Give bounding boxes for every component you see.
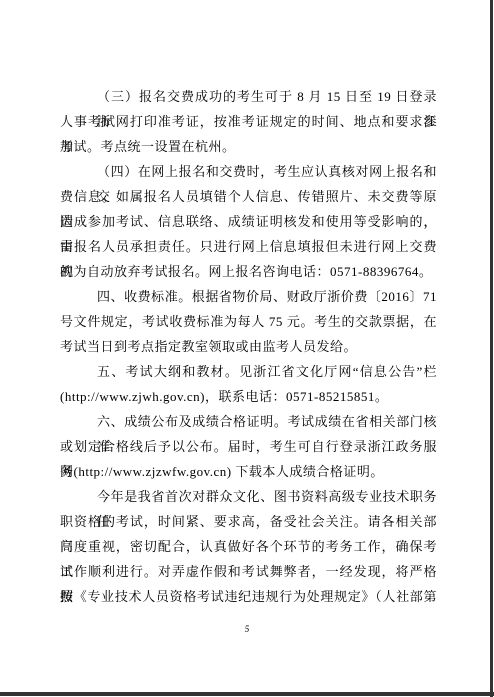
- page-edge-shadow-right: [490, 0, 493, 697]
- document-body: （三）报名交费成功的考生可于 8 月 15 日至 19 日登录浙江人事考试网打印…: [60, 84, 437, 609]
- paragraph: （四）在网上报名和交费时，考生应认真核对网上报名和交费信息。如属报名人员填错个人…: [60, 159, 437, 284]
- paragraph-line: 由报名人员承担责任。只进行网上信息填报但未进行网上交费的: [60, 234, 437, 259]
- page-number: 5: [0, 624, 494, 634]
- paragraph: （三）报名交费成功的考生可于 8 月 15 日至 19 日登录浙江人事考试网打印…: [60, 84, 437, 159]
- paragraph-line: 网(http://www.zjzwfw.gov.cn) 下载本人成绩合格证明。: [60, 459, 437, 484]
- paragraph-line: 五、考试大纲和教材。见浙江省文化厅网“信息公告”栏: [60, 359, 437, 384]
- paragraph: 六、成绩公布及成绩合格证明。考试成绩在省相关部门核准或划定合格线后予以公布。届时…: [60, 409, 437, 484]
- paragraph-line: （四）在网上报名和交费时，考生应认真核对网上报名和交: [60, 159, 437, 184]
- paragraph-line: 号文件规定，考试收费标准为每人 75 元。考生的交款票据，在: [60, 309, 437, 334]
- paragraph-line: （三）报名交费成功的考生可于 8 月 15 日至 19 日登录浙江: [60, 84, 437, 109]
- paragraph: 四、收费标准。根据省物价局、财政厅浙价费〔2016〕71号文件规定，考试收费标准…: [60, 284, 437, 359]
- paragraph-line: 今年是我省首次对群众文化、图书资料高级专业技术职务任: [60, 484, 437, 509]
- paragraph-line: 职资格的考试，时间紧、要求高，备受社会关注。请各相关部门: [60, 509, 437, 534]
- paragraph-line: 四、收费标准。根据省物价局、财政厅浙价费〔2016〕71: [60, 284, 437, 309]
- page-edge-shadow-bottom: [0, 692, 494, 696]
- document-page: （三）报名交费成功的考生可于 8 月 15 日至 19 日登录浙江人事考试网打印…: [0, 0, 494, 697]
- paragraph-line: 或划定合格线后予以公布。届时，考生可自行登录浙江政务服务: [60, 434, 437, 459]
- paragraph: 五、考试大纲和教材。见浙江省文化厅网“信息公告”栏(http://www.zjw…: [60, 359, 437, 409]
- paragraph-line: 六、成绩公布及成绩合格证明。考试成绩在省相关部门核准: [60, 409, 437, 434]
- paragraph-line: 工作顺利进行。对弄虚作假和考试舞弊者，一经发现，将严格按: [60, 559, 437, 584]
- paragraph-line: 人事考试网打印准考证，按准考证规定的时间、地点和要求参加: [60, 109, 437, 134]
- paragraph-line: 费信息。如属报名人员填错个人信息、传错照片、未交费等原因，: [60, 184, 437, 209]
- paragraph-line: 考试当日到考点指定教室领取或由监考人员发给。: [60, 334, 437, 359]
- paragraph-line: 造成参加考试、信息联络、成绩证明核发和使用等受影响的，需: [60, 209, 437, 234]
- paragraph-line: 高度重视，密切配合，认真做好各个环节的考务工作，确保考试: [60, 534, 437, 559]
- paragraph-line: 照《专业技术人员资格考试违纪违规行为处理规定》（人社部第: [60, 584, 437, 609]
- paragraph-line: (http://www.zjwh.gov.cn)，联系电话：0571-85215…: [60, 384, 437, 409]
- paragraph-line: 考试。考点统一设置在杭州。: [60, 134, 437, 159]
- paragraph: 今年是我省首次对群众文化、图书资料高级专业技术职务任职资格的考试，时间紧、要求高…: [60, 484, 437, 609]
- paragraph-line: 视为自动放弃考试报名。网上报名咨询电话：0571-88396764。: [60, 259, 437, 284]
